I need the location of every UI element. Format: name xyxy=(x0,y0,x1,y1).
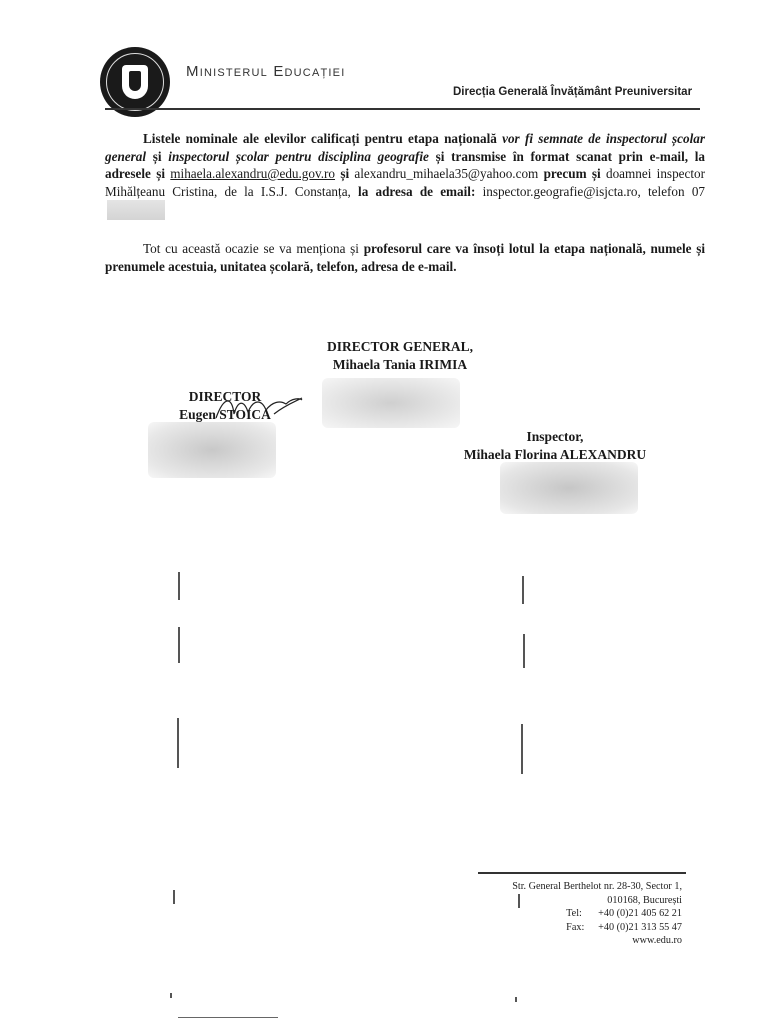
tel-number: +40 (0)21 405 62 21 xyxy=(598,908,682,919)
handwritten-signature-icon xyxy=(214,392,304,422)
scan-mark xyxy=(178,572,180,600)
bottom-scan-line xyxy=(178,1017,278,1018)
p1-text-6: și xyxy=(340,166,349,181)
phone-row: Tel:+40 (0)21 405 62 21 xyxy=(470,907,682,921)
address-line-2: 010168, București xyxy=(470,894,682,908)
footer-contact: Str. General Berthelot nr. 28-30, Sector… xyxy=(470,880,682,948)
fax-row: Fax:+40 (0)21 313 55 47 xyxy=(470,921,682,935)
inspector-title: Inspector, xyxy=(455,428,655,446)
p2-text-2: și xyxy=(350,241,359,256)
paragraph-accompanying-teacher: Tot cu această ocazie se va menționa și … xyxy=(105,240,705,275)
fax-number: +40 (0)21 313 55 47 xyxy=(598,922,682,933)
director-general-name: Mihaela Tania IRIMIA xyxy=(300,356,500,374)
website-link[interactable]: www.edu.ro xyxy=(470,934,682,948)
p1-text-1: Listele nominale ale elevilor calificați… xyxy=(143,131,497,146)
p1-text-3: și xyxy=(153,149,162,164)
p1-text-7: precum și xyxy=(544,166,601,181)
scan-mark xyxy=(177,718,179,768)
redacted-signature-inspector xyxy=(500,462,638,514)
ministry-name: Ministerul Educației xyxy=(186,63,345,80)
p1-text-4: inspectorul școlar pentru disciplina geo… xyxy=(168,149,429,164)
government-seal-icon xyxy=(100,47,170,117)
address-line-1: Str. General Berthelot nr. 28-30, Sector… xyxy=(470,880,682,894)
scan-mark xyxy=(178,627,180,663)
email-link-3[interactable]: inspector.geografie@isjcta.ro, telefon 0… xyxy=(483,184,705,199)
director-general-title: DIRECTOR GENERAL, xyxy=(300,338,500,356)
redacted-signature-director xyxy=(148,422,276,478)
scan-mark xyxy=(173,890,175,904)
paragraph-nominal-lists: Listele nominale ale elevilor calificați… xyxy=(105,130,705,220)
coat-of-arms-icon xyxy=(122,65,148,99)
p2-text-1: Tot cu această ocazie se va menționa xyxy=(143,241,345,256)
directorate-name: Direcția Generală Învățământ Preuniversi… xyxy=(453,86,692,98)
signature-inspector: Inspector, Mihaela Florina ALEXANDRU xyxy=(455,428,655,464)
footer-divider xyxy=(478,872,686,874)
signature-director-general: DIRECTOR GENERAL, Mihaela Tania IRIMIA xyxy=(300,338,500,374)
scan-mark xyxy=(522,576,524,604)
email-link-1[interactable]: mihaela.alexandru@edu.gov.ro xyxy=(170,166,335,181)
fax-label: Fax: xyxy=(566,921,598,935)
scan-mark xyxy=(515,997,517,1002)
scan-mark xyxy=(523,634,525,668)
tel-label: Tel: xyxy=(566,907,598,921)
redacted-signature-director-general xyxy=(322,378,460,428)
scan-mark xyxy=(521,724,523,774)
redacted-phone xyxy=(107,200,165,220)
header-divider xyxy=(105,108,700,110)
scan-mark xyxy=(170,993,172,998)
p1-text-9: la adresa de email: xyxy=(358,184,475,199)
email-link-2[interactable]: alexandru_mihaela35@yahoo.com xyxy=(354,166,538,181)
